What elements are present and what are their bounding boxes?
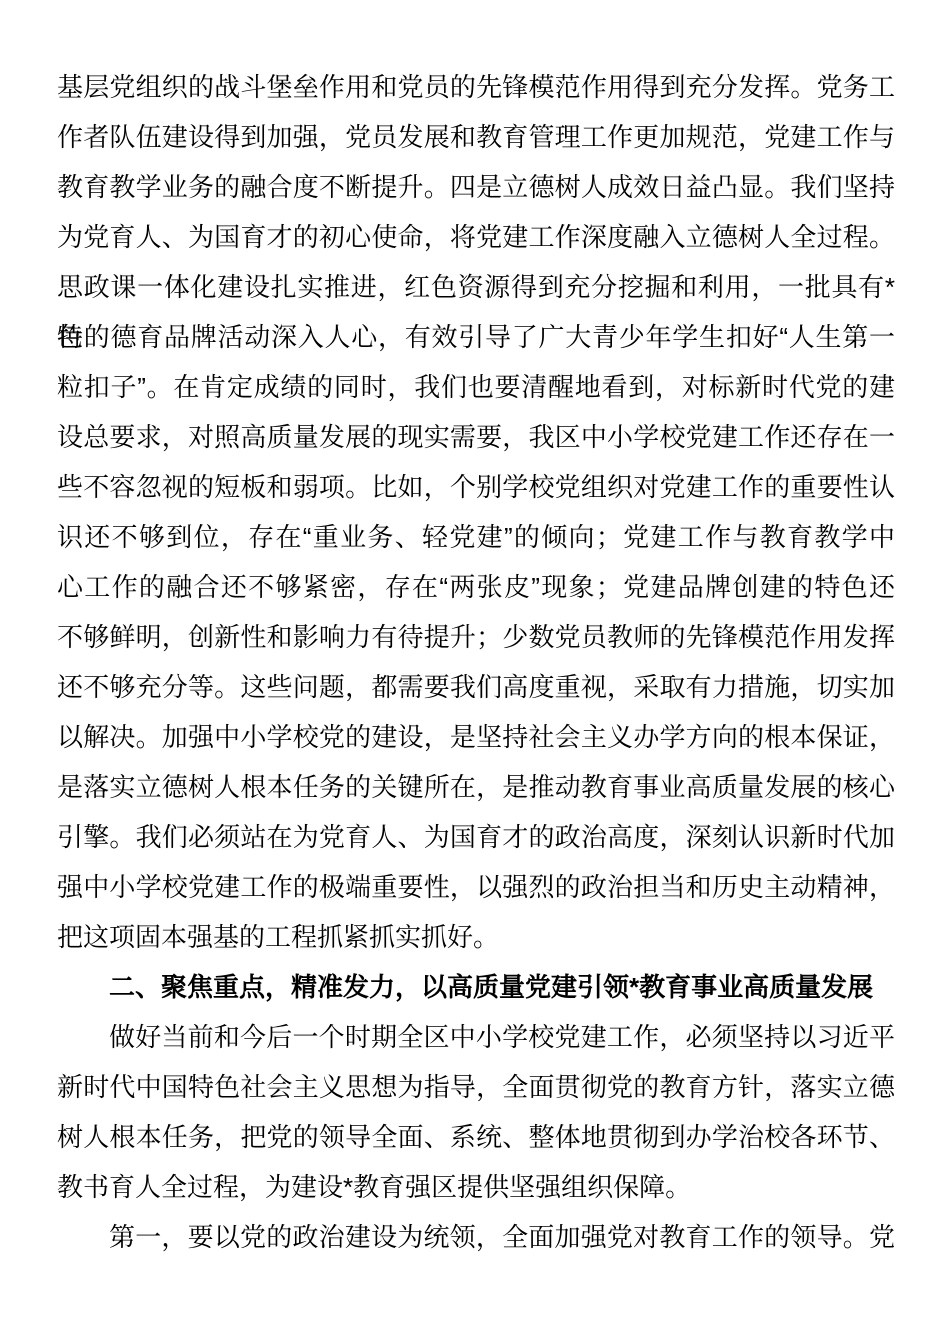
body-line: 做好当前和今后一个时期全区中小学校党建工作，必须坚持以习近平 <box>57 1012 895 1062</box>
body-line: 不够鲜明，创新性和影响力有待提升；少数党员教师的先锋模范作用发挥 <box>57 612 895 662</box>
body-line: 设总要求，对照高质量发展的现实需要，我区中小学校党建工作还存在一 <box>57 412 895 462</box>
body-line: 树人根本任务，把党的领导全面、系统、整体地贯彻到办学治校各环节、 <box>57 1112 895 1162</box>
body-line: 把这项固本强基的工程抓紧抓实抓好。 <box>57 912 895 962</box>
body-line: 粒扣子”。在肯定成绩的同时，我们也要清醒地看到，对标新时代党的建 <box>57 362 895 412</box>
body-line: 第一，要以党的政治建设为统领，全面加强党对教育工作的领导。党 <box>57 1212 895 1262</box>
body-line: 引擎。我们必须站在为党育人、为国育才的政治高度，深刻认识新时代加 <box>57 812 895 862</box>
body-line: 基层党组织的战斗堡垒作用和党员的先锋模范作用得到充分发挥。党务工 <box>57 62 895 112</box>
section-heading: 二、聚焦重点，精准发力，以高质量党建引领*教育事业高质量发展 <box>57 962 895 1012</box>
body-line: 教书育人全过程，为建设*教育强区提供坚强组织保障。 <box>57 1162 895 1212</box>
body-line: 还不够充分等。这些问题，都需要我们高度重视，采取有力措施，切实加 <box>57 662 895 712</box>
body-line: 色的德育品牌活动深入人心，有效引导了广大青少年学生扣好“人生第一 <box>57 312 895 362</box>
body-line: 以解决。加强中小学校党的建设，是坚持社会主义办学方向的根本保证， <box>57 712 895 762</box>
body-line: 些不容忽视的短板和弱项。比如，个别学校党组织对党建工作的重要性认 <box>57 462 895 512</box>
body-line: 强中小学校党建工作的极端重要性，以强烈的政治担当和历史主动精神， <box>57 862 895 912</box>
body-line: 作者队伍建设得到加强，党员发展和教育管理工作更加规范，党建工作与 <box>57 112 895 162</box>
body-line: 是落实立德树人根本任务的关键所在，是推动教育事业高质量发展的核心 <box>57 762 895 812</box>
body-line: 教育教学业务的融合度不断提升。四是立德树人成效日益凸显。我们坚持 <box>57 162 895 212</box>
body-line: 心工作的融合还不够紧密，存在“两张皮”现象；党建品牌创建的特色还 <box>57 562 895 612</box>
body-line: 为党育人、为国育才的初心使命，将党建工作深度融入立德树人全过程。 <box>57 212 895 262</box>
body-line: 新时代中国特色社会主义思想为指导，全面贯彻党的教育方针，落实立德 <box>57 1062 895 1112</box>
document-page: 基层党组织的战斗堡垒作用和党员的先锋模范作用得到充分发挥。党务工 作者队伍建设得… <box>0 0 950 1344</box>
body-line: 思政课一体化建设扎实推进，红色资源得到充分挖掘和利用，一批具有*特 <box>57 262 895 312</box>
text-column: 基层党组织的战斗堡垒作用和党员的先锋模范作用得到充分发挥。党务工 作者队伍建设得… <box>57 62 895 1262</box>
body-line: 识还不够到位，存在“重业务、轻党建”的倾向；党建工作与教育教学中 <box>57 512 895 562</box>
